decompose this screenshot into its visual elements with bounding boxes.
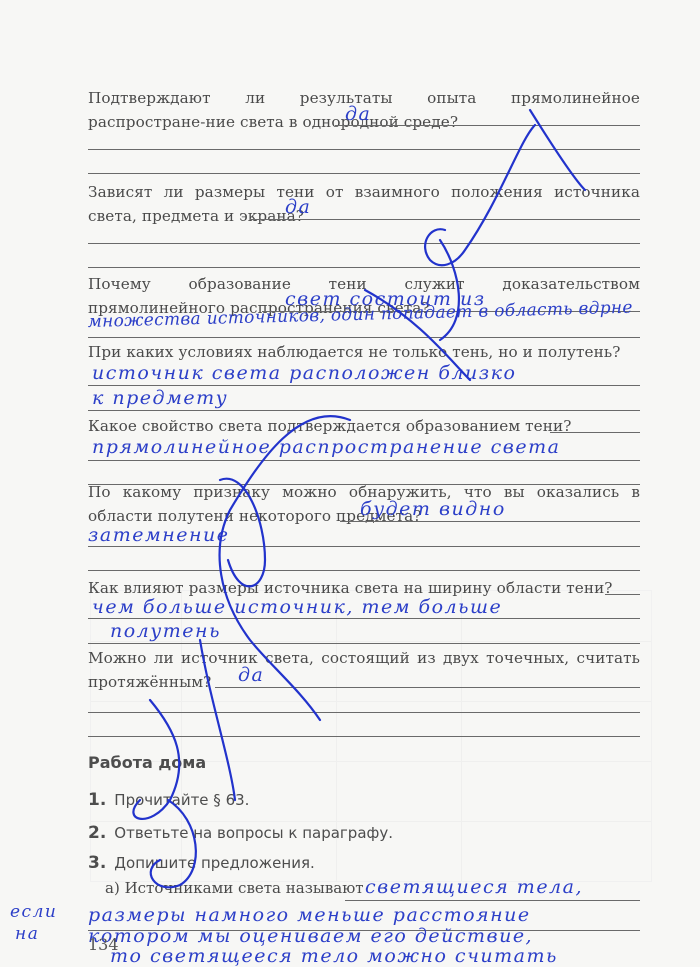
workbook-page: Подтверждают ли результаты опыта прямоли… bbox=[0, 0, 700, 967]
handwritten-answer: размеры намного меньше расстояние bbox=[88, 904, 531, 926]
answer-line bbox=[250, 219, 640, 220]
homework-title: Работа дома bbox=[88, 753, 206, 772]
answer-line bbox=[88, 149, 640, 150]
answer-line bbox=[88, 410, 640, 411]
answer-line bbox=[550, 432, 640, 433]
answer-line bbox=[88, 385, 640, 386]
handwritten-answer: да bbox=[345, 103, 371, 125]
homework-item-2: 2.Ответьте на вопросы к параграфу. bbox=[88, 823, 393, 843]
answer-line bbox=[88, 618, 640, 619]
handwritten-answer: прямолинейное распространение света bbox=[92, 436, 560, 458]
handwritten-answer: полутень bbox=[110, 620, 221, 642]
handwritten-answer: чем больше источник, тем больше bbox=[92, 596, 502, 618]
handwritten-answer: будет видно bbox=[360, 498, 506, 520]
answer-line bbox=[88, 643, 640, 644]
answer-line bbox=[345, 900, 640, 901]
item-text: Допишите предложения. bbox=[114, 854, 314, 872]
handwritten-answer: да bbox=[285, 196, 311, 218]
answer-line bbox=[340, 521, 640, 522]
answer-line bbox=[88, 243, 640, 244]
handwritten-answer: котором мы оцениваем его действие, bbox=[88, 925, 533, 947]
homework-item-3: 3.Допишите предложения. bbox=[88, 853, 315, 873]
answer-line bbox=[88, 712, 640, 713]
answer-line bbox=[88, 546, 640, 547]
answer-line bbox=[605, 594, 640, 595]
answer-line bbox=[88, 267, 640, 268]
handwritten-answer: да bbox=[238, 664, 264, 686]
item-number: 1. bbox=[88, 790, 106, 810]
item-number: 3. bbox=[88, 853, 106, 873]
handwritten-answer: затемнение bbox=[88, 524, 229, 546]
answer-line bbox=[88, 337, 640, 338]
handwritten-answer: к предмету bbox=[92, 387, 228, 409]
answer-line bbox=[88, 736, 640, 737]
handwritten-answer: светящиеся тела, bbox=[365, 876, 583, 898]
answer-line bbox=[88, 460, 640, 461]
handwritten-answer: то светящееся тело можно считать bbox=[110, 945, 558, 967]
item-text: Ответьте на вопросы к параграфу. bbox=[114, 824, 393, 842]
handwritten-margin: если bbox=[10, 902, 57, 922]
handwritten-margin: на bbox=[15, 924, 39, 944]
answer-line bbox=[88, 570, 640, 571]
item-text: Прочитайте § 63. bbox=[114, 791, 249, 809]
page-number: 134 bbox=[88, 935, 119, 954]
homework-item-1: 1.Прочитайте § 63. bbox=[88, 790, 249, 810]
answer-line bbox=[215, 687, 640, 688]
handwritten-answer: источник света расположен близко bbox=[92, 362, 516, 384]
answer-line bbox=[335, 125, 640, 126]
question-2: Зависят ли размеры тени от взаимного пол… bbox=[88, 180, 640, 228]
question-5: Какое свойство света подтверждается обра… bbox=[88, 414, 640, 438]
item-number: 2. bbox=[88, 823, 106, 843]
question-4: При каких условиях наблюдается не только… bbox=[88, 340, 640, 364]
sentence-a: а) Источниками света называют bbox=[105, 879, 364, 897]
answer-line bbox=[88, 173, 640, 174]
